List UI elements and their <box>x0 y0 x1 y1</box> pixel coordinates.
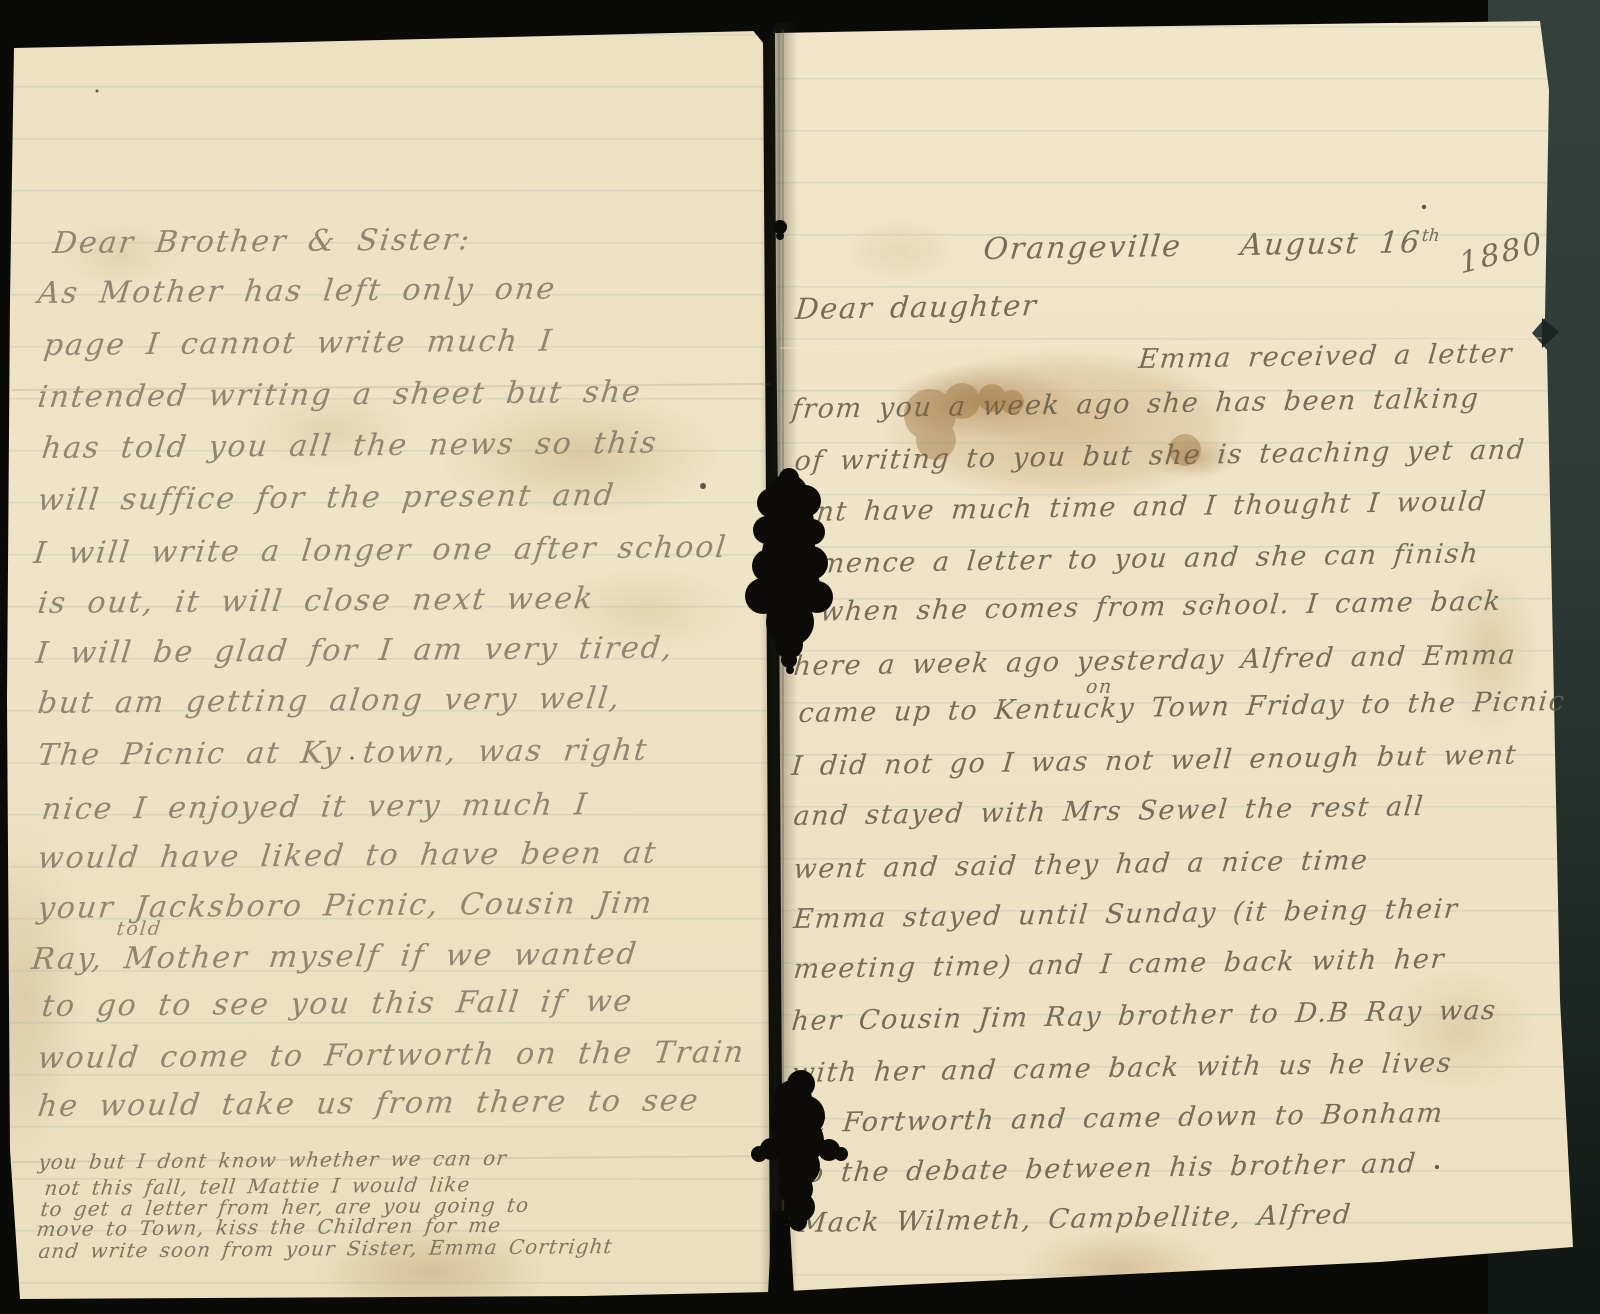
handwritten-line: will suffice for the present and <box>36 478 617 518</box>
dateline-superscript: th <box>1421 226 1441 246</box>
handwritten-line: is out, it will close next week <box>36 581 596 621</box>
handwritten-line: nice I enjoyed it very much I <box>40 787 590 827</box>
handwritten-line: As Mother has left only one <box>36 271 558 311</box>
handwritten-line: he would take us from there to see <box>36 1083 701 1124</box>
handwritten-line: The Picnic at Ky town, was right <box>36 733 650 773</box>
dateline-date: August 16 <box>1239 225 1423 263</box>
handwritten-line: you but I dont know whether we can or <box>37 1146 508 1174</box>
dateline: Orangeville August 16th 1880 <box>982 223 1545 267</box>
handwritten-line: to go to see you this Fall if we <box>40 984 635 1024</box>
handwritten-line: has told you all the news so this <box>40 426 660 466</box>
letter-photograph: Dear Brother & Sister:As Mother has left… <box>0 0 1600 1314</box>
handwritten-line: intended writing a sheet but she <box>36 375 644 415</box>
handwritten-line: would have liked to have been at <box>36 836 659 876</box>
center-fold-seam <box>760 22 798 1294</box>
handwritten-line: but am getting along very well, <box>36 681 623 721</box>
handwritten-line: and write soon from your Sister, Emma Co… <box>37 1234 614 1263</box>
handwritten-line: I will be glad for I am very tired, <box>34 630 676 671</box>
handwritten-line: would come to Fortworth on the Train <box>36 1035 747 1076</box>
salutation-right: Dear daughter <box>794 288 1039 326</box>
handwritten-line: Dear Brother & Sister: <box>51 222 473 261</box>
handwritten-line: Emma received a letter <box>1137 338 1514 375</box>
handwritten-line: page I cannot write much I <box>42 324 555 363</box>
dateline-place: Orangeville <box>982 229 1184 267</box>
inserted-word-told: told <box>115 918 163 940</box>
handwritten-line: I will write a longer one after school <box>32 530 729 571</box>
inserted-word-on: on <box>1085 676 1114 698</box>
handwritten-line: Ray, Mother myself if we wanted <box>30 937 640 977</box>
